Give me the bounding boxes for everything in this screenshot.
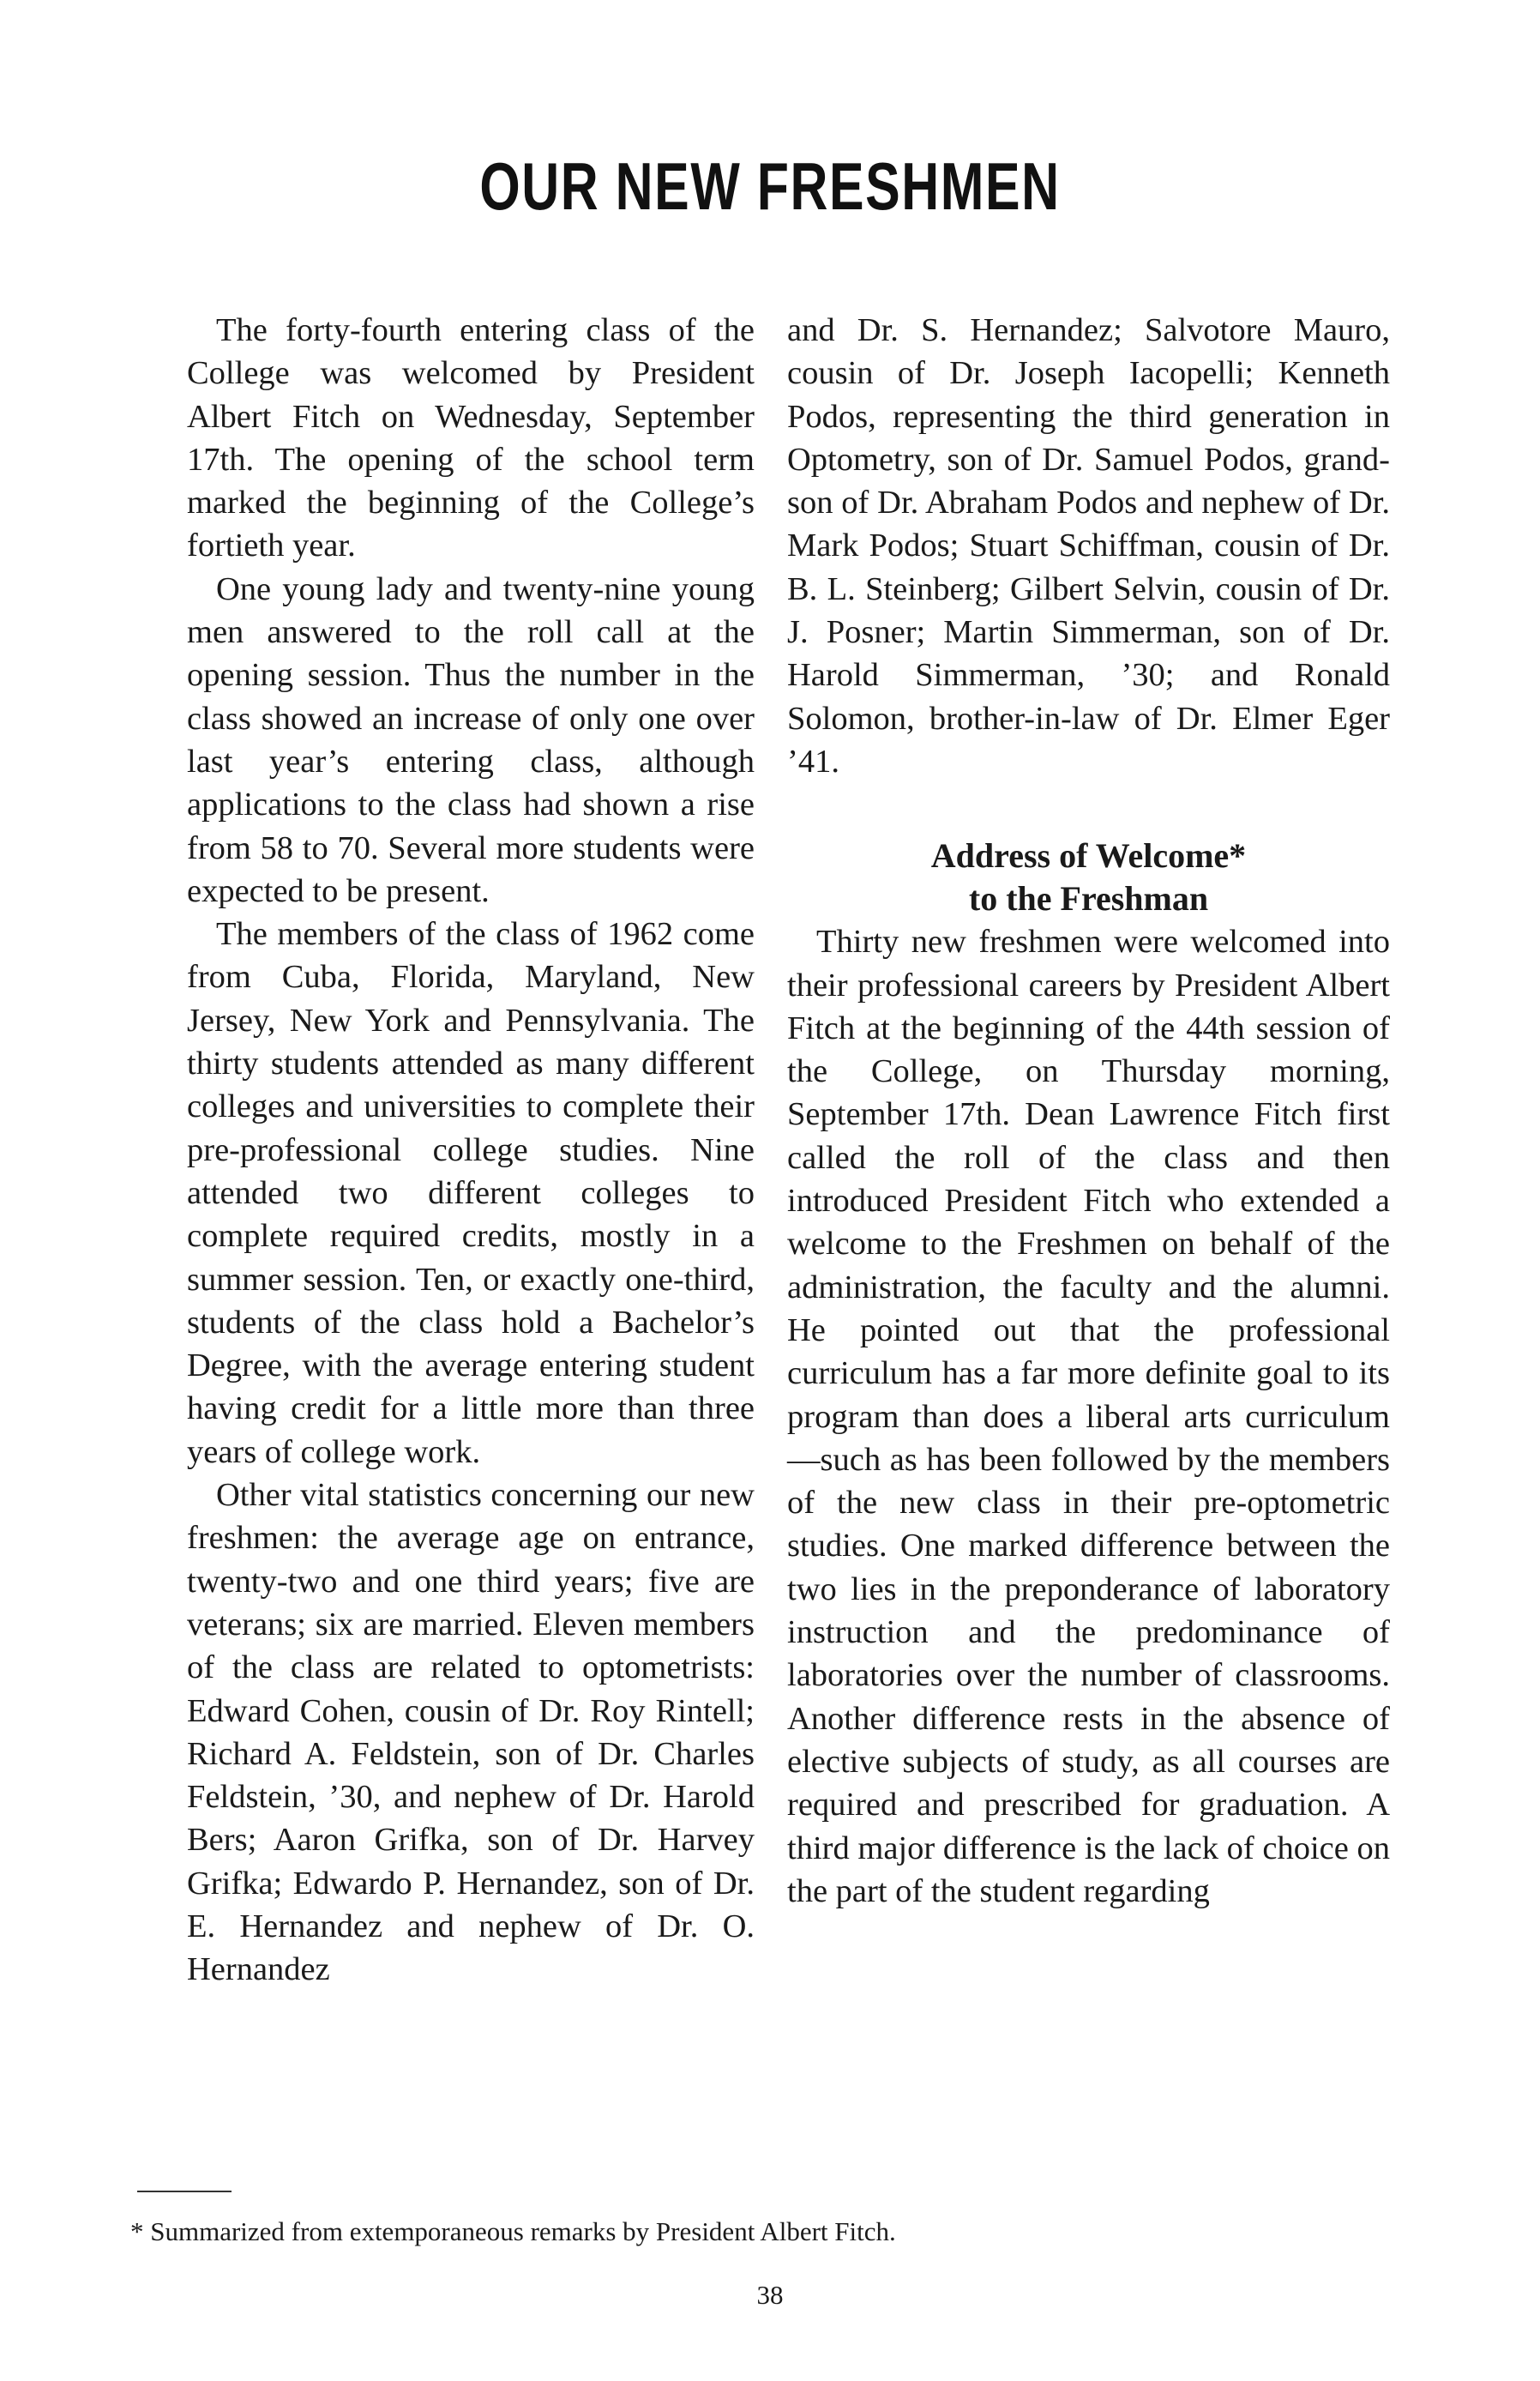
left-column: The forty-fourth entering class of the C… — [187, 309, 755, 1992]
footnote-divider — [137, 2191, 232, 2192]
footnote: * Summarized from extemporaneous remarks… — [130, 2215, 896, 2249]
paragraph-vital-statistics: Other vital statistics concerning our ne… — [187, 1474, 755, 1992]
paragraph-relatives-continued: and Dr. S. Hernandez; Salvotore Mauro, c… — [787, 309, 1390, 783]
paragraph-class-origins: The members of the class of 1962 come fr… — [187, 913, 755, 1474]
paragraph-roll-call: One young lady and twenty-nine young men… — [187, 568, 755, 913]
page-number: 38 — [0, 2278, 1540, 2312]
section-heading-line-1: Address of Welcome* — [787, 835, 1390, 877]
paragraph-address: Thirty new freshmen were welcomed into t… — [787, 920, 1390, 1913]
paragraph-welcome: The forty-fourth entering class of the C… — [187, 309, 755, 568]
section-heading-line-2: to the Freshman — [787, 877, 1390, 920]
right-column: and Dr. S. Hernandez; Salvotore Mauro, c… — [787, 309, 1390, 1913]
section-heading-address-of-welcome: Address of Welcome* to the Freshman — [787, 835, 1390, 920]
page-title: OUR NEW FRESHMEN — [170, 153, 1371, 220]
